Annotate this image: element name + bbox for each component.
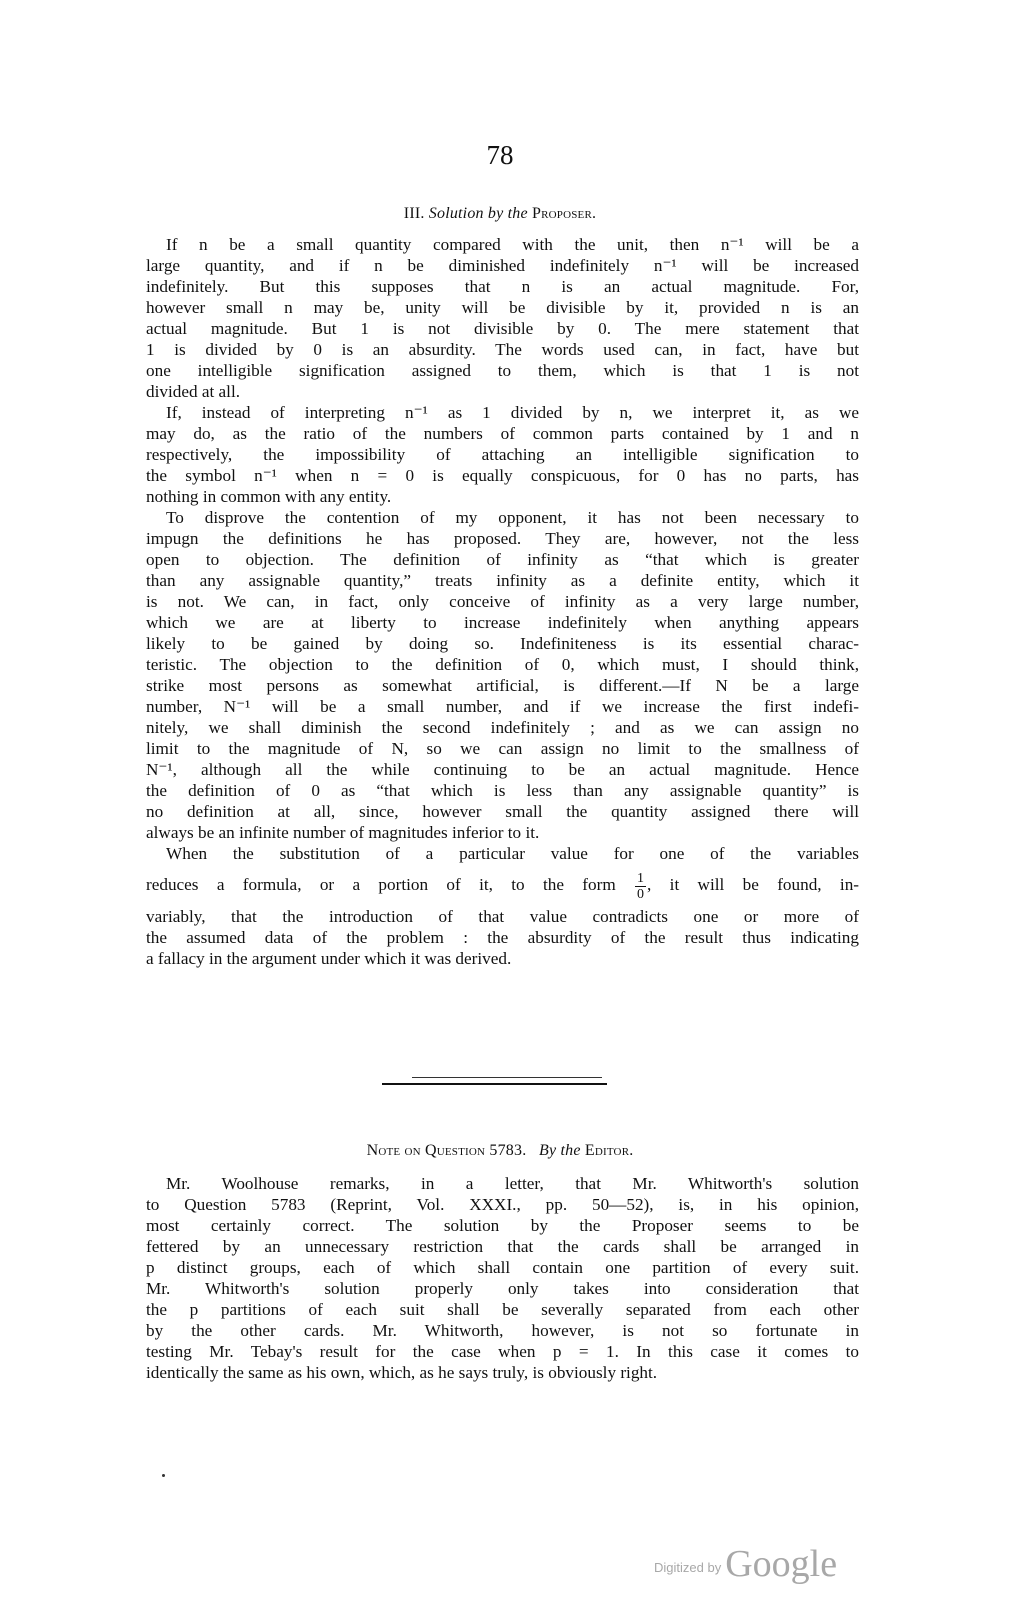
section-divider-lower [382,1083,607,1085]
text-line: strike most persons as somewhat artifici… [146,675,859,696]
note-title: Note on Question 5783. [367,1142,527,1159]
section-heading-solution: III. Solution by the Proposer. [0,205,1000,223]
text-line: the symbol n⁻¹ when n = 0 is equally con… [146,465,859,486]
section-heading-note: Note on Question 5783. By the Editor. [0,1142,1000,1160]
text-line: N⁻¹, although all the while continuing t… [146,759,859,780]
text-fragment: reduces a formula, or a portion of it, t… [146,875,616,894]
text-line: number, N⁻¹ will be a small number, and … [146,696,859,717]
paragraph-3: To disprove the contention of my opponen… [146,507,859,843]
text-line: To disprove the contention of my opponen… [146,507,859,528]
text-line: respectively, the impossibility of attac… [146,444,859,465]
text-line: than any assignable quantity,” treats in… [146,570,859,591]
text-line: divided at all. [146,381,859,402]
text-line: If n be a small quantity compared with t… [146,234,859,255]
text-line: nothing in common with any entity. [146,486,859,507]
text-line: identically the same as his own, which, … [146,1362,859,1383]
text-line: indefinitely. But this supposes that n i… [146,276,859,297]
text-line: a fallacy in the argument under which it… [146,948,859,969]
page-number: 78 [0,140,1000,171]
text-line: nitely, we shall diminish the second ind… [146,717,859,738]
note-title-italic: By the [539,1142,581,1159]
text-line: by the other cards. Mr. Whitworth, howev… [146,1320,859,1341]
stray-mark [162,1474,165,1477]
text-line: to Question 5783 (Reprint, Vol. XXXI., p… [146,1194,859,1215]
text-line: fettered by an unnecessary restriction t… [146,1236,859,1257]
text-line: the definition of 0 as “that which is le… [146,780,859,801]
text-line: limit to the magnitude of N, so we can a… [146,738,859,759]
note-body: Mr. Woolhouse remarks, in a letter, that… [146,1173,859,1383]
section-divider-upper [412,1077,602,1078]
paragraph-1: If n be a small quantity compared with t… [146,234,859,402]
section-title-proposer: Proposer. [532,205,596,222]
text-line: variably, that the introduction of that … [146,906,859,927]
text-line: actual magnitude. But 1 is not divisible… [146,318,859,339]
text-line: which we are at liberty to increase inde… [146,612,859,633]
note-paragraph: Mr. Woolhouse remarks, in a letter, that… [146,1173,859,1383]
text-line: If, instead of interpreting n⁻¹ as 1 div… [146,402,859,423]
section-numeral: III. [404,205,425,222]
watermark-prefix: Digitized by [654,1560,721,1575]
solution-body: If n be a small quantity compared with t… [146,234,859,969]
text-fragment: , it will be found, in- [647,875,859,894]
text-line-with-fraction: reduces a formula, or a portion of it, t… [146,864,859,906]
paragraph-4: When the substitution of a particular va… [146,843,859,969]
text-line: may do, as the ratio of the numbers of c… [146,423,859,444]
google-logo-text: Google [725,1543,837,1585]
text-line: open to objection. The definition of inf… [146,549,859,570]
text-line: Mr. Whitworth's solution properly only t… [146,1278,859,1299]
fraction-denominator: 0 [635,887,646,902]
text-line: is not. We can, in fact, only conceive o… [146,591,859,612]
note-title-editor: Editor. [585,1142,634,1159]
text-line: no definition at all, since, however sma… [146,801,859,822]
digitized-by-google-watermark: Digitized by Google [654,1542,837,1586]
text-line: always be an infinite number of magnitud… [146,822,859,843]
text-line: most certainly correct. The solution by … [146,1215,859,1236]
text-line: one intelligible signification assigned … [146,360,859,381]
text-line: the assumed data of the problem : the ab… [146,927,859,948]
paragraph-2: If, instead of interpreting n⁻¹ as 1 div… [146,402,859,507]
text-line: teristic. The objection to the definitio… [146,654,859,675]
text-line: the p partitions of each suit shall be s… [146,1299,859,1320]
fraction-numerator: 1 [635,871,646,887]
text-line: p distinct groups, each of which shall c… [146,1257,859,1278]
text-line: likely to be gained by doing so. Indefin… [146,633,859,654]
text-line: 1 is divided by 0 is an absurdity. The w… [146,339,859,360]
text-line: When the substitution of a particular va… [146,843,859,864]
text-line: however small n may be, unity will be di… [146,297,859,318]
text-line: testing Mr. Tebay's result for the case … [146,1341,859,1362]
text-line: Mr. Woolhouse remarks, in a letter, that… [146,1173,859,1194]
text-line: large quantity, and if n be diminished i… [146,255,859,276]
section-title-italic: Solution by the [429,205,528,222]
text-line: impugn the definitions he has proposed. … [146,528,859,549]
fraction-one-over-zero: 10 [635,871,646,902]
